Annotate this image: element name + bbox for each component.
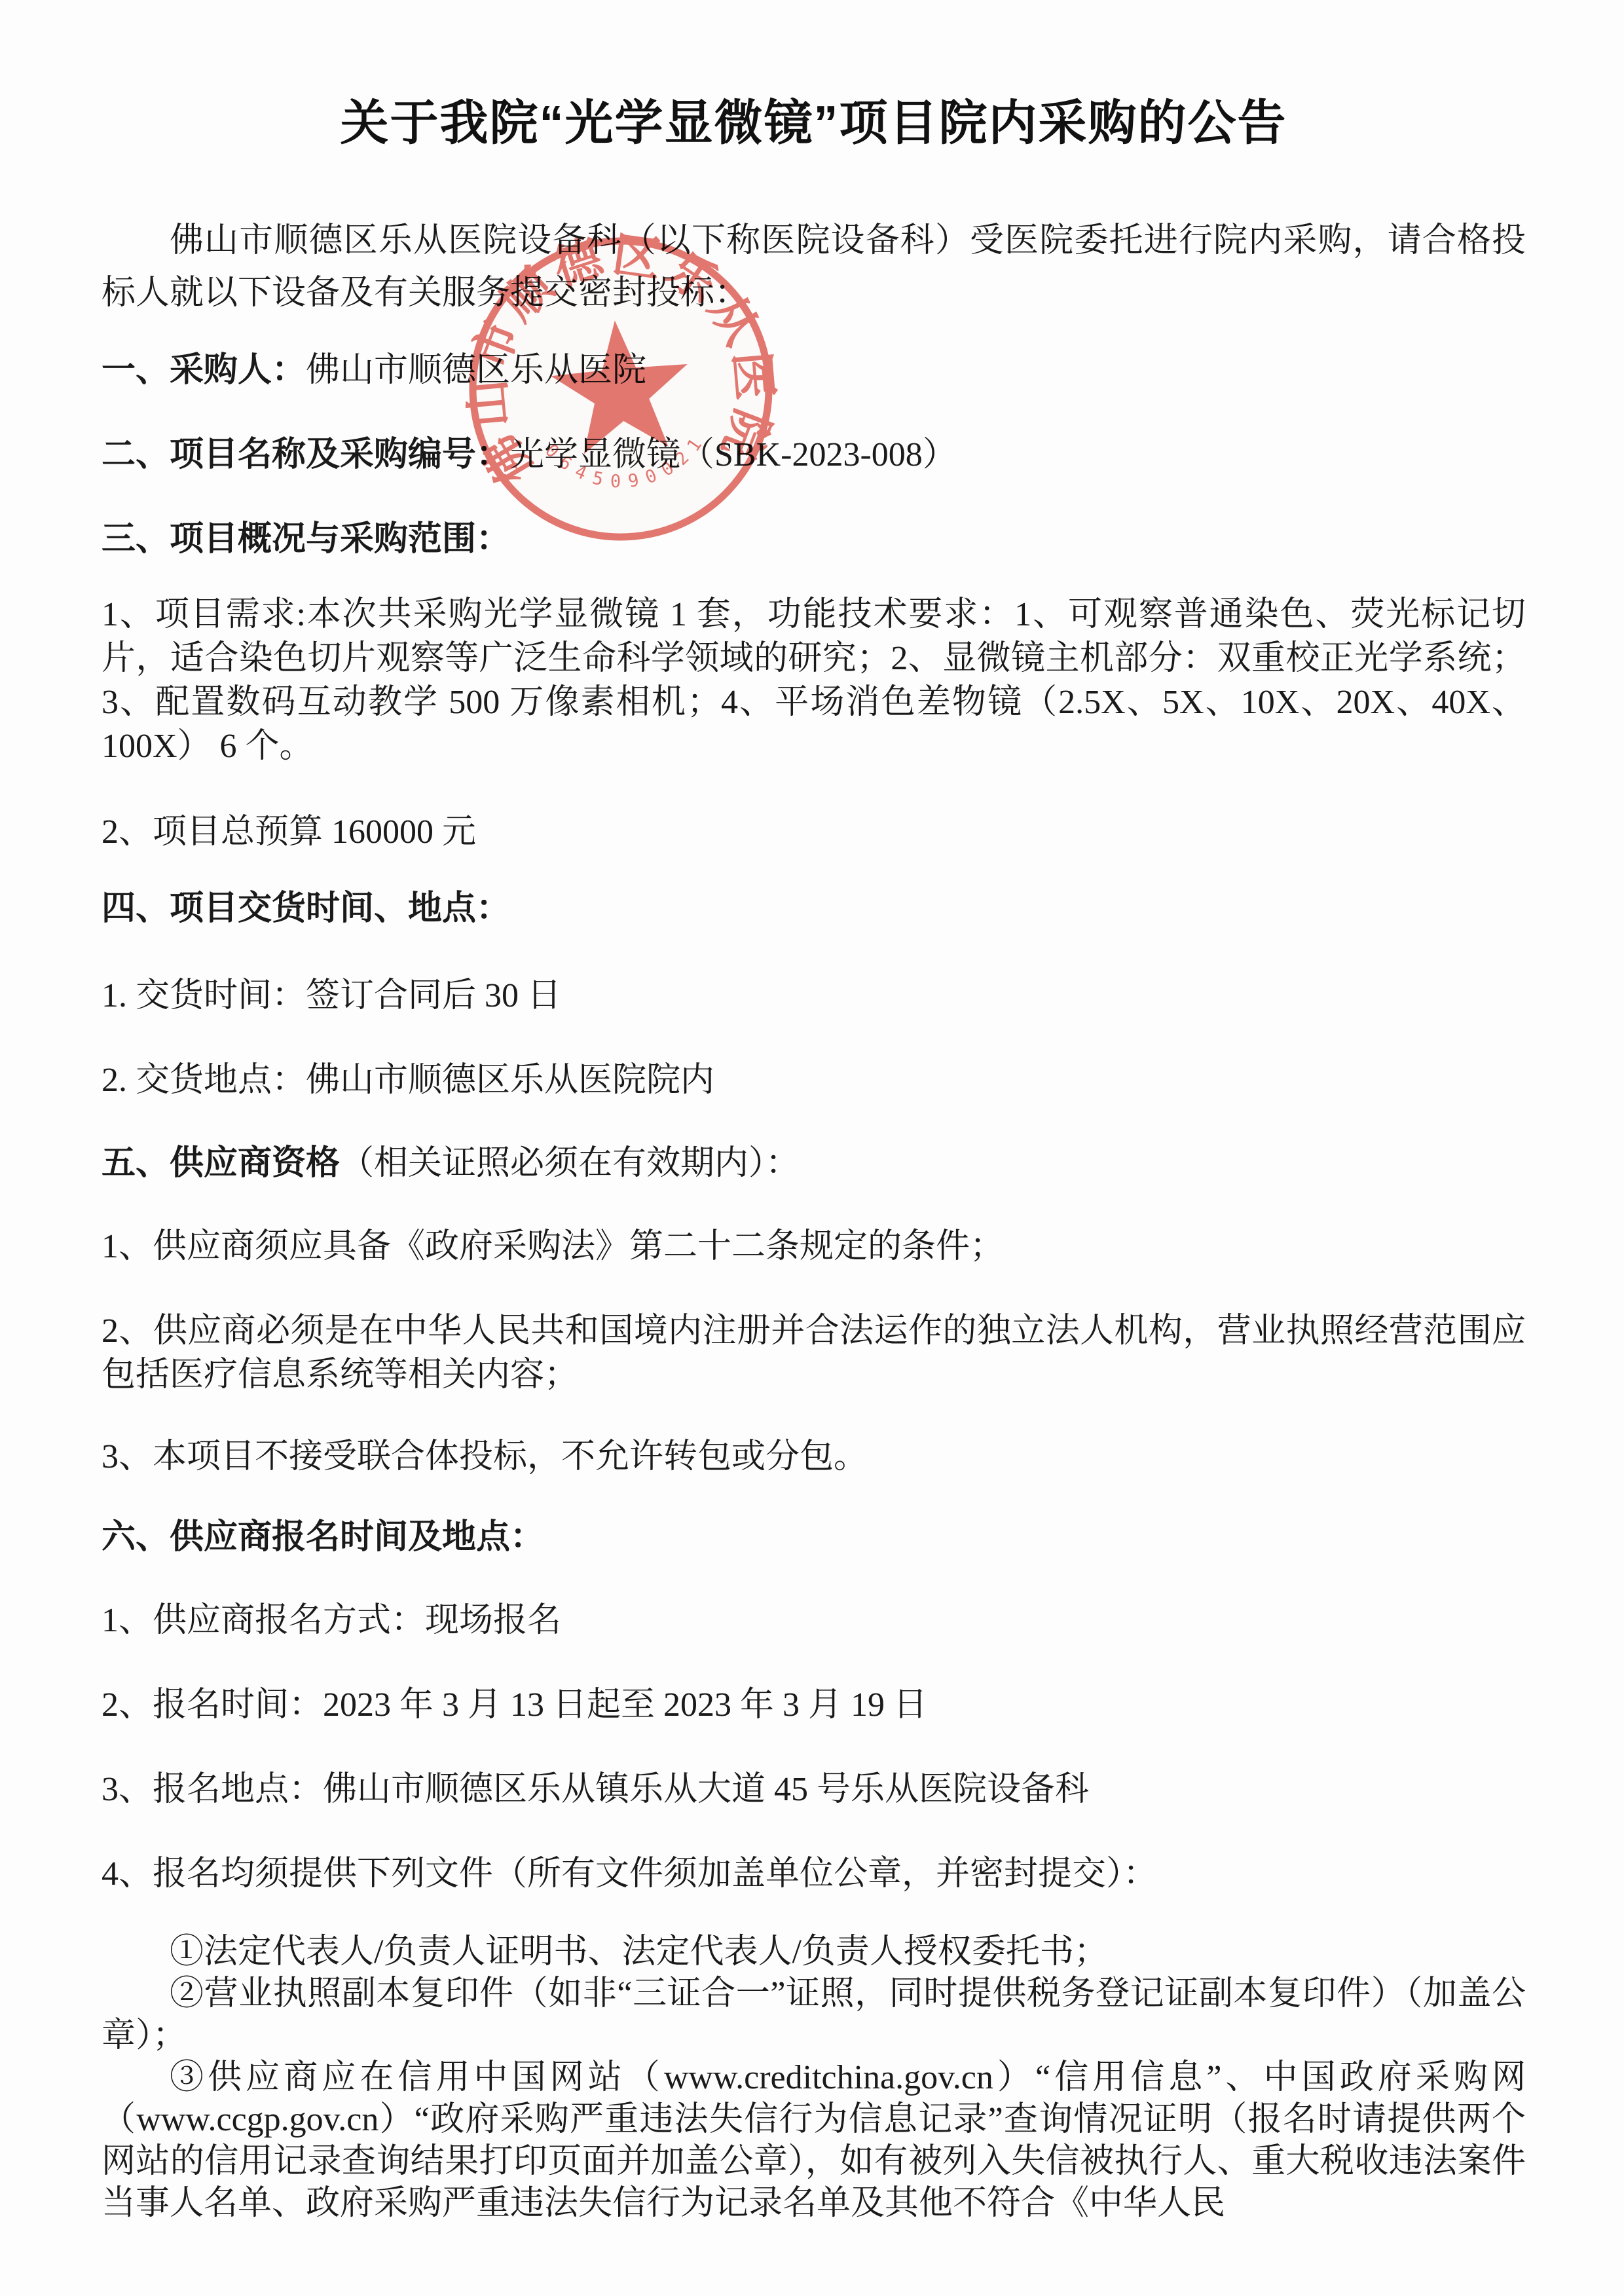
section-2-value: 光学显微镜（SBK-2023-008）	[510, 436, 957, 473]
item-registration-place: 3、报名地点：佛山市顺德区乐从镇乐从大道 45 号乐从医院设备科	[101, 1768, 1526, 1811]
item-doc-3-credit-records: ③供应商应在信用中国网站（www.creditchina.gov.cn）“信用信…	[101, 2057, 1526, 2225]
section-5-suffix: （相关证照必须在有效期内）：	[340, 1145, 800, 1182]
section-4-heading: 四、项目交货时间、地点：	[101, 887, 1526, 931]
section-1-label: 一、采购人：	[101, 352, 306, 389]
intro-paragraph: 佛山市顺德区乐从医院设备科（以下称医院设备科）受医院委托进行院内采购，请合格投标…	[101, 215, 1526, 320]
item-supplier-qualification-2: 2、供应商必须是在中华人民共和国境内注册并合法运作的独立法人机构，营业执照经营范…	[101, 1309, 1526, 1397]
section-5-heading: 五、供应商资格（相关证照必须在有效期内）：	[101, 1141, 1526, 1185]
section-2-label: 二、项目名称及采购编号：	[101, 436, 510, 473]
item-registration-time: 2、报名时间：2023 年 3 月 13 日起至 2023 年 3 月 19 日	[101, 1683, 1526, 1727]
item-supplier-qualification-3: 3、本项目不接受联合体投标，不允许转包或分包。	[101, 1435, 1526, 1479]
item-project-budget: 2、项目总预算 160000 元	[101, 810, 1526, 854]
section-1-buyer: 一、采购人：佛山市顺德区乐从医院	[101, 348, 1526, 392]
document-content: 关于我院“光学显微镜”项目院内采购的公告 佛山市顺德区乐从医院设备科（以下称医院…	[0, 0, 1624, 2225]
section-6-heading: 六、供应商报名时间及地点：	[101, 1515, 1526, 1559]
section-5-label: 五、供应商资格	[101, 1145, 340, 1182]
item-supplier-qualification-1: 1、供应商须应具备《政府采购法》第二十二条规定的条件；	[101, 1225, 1526, 1268]
item-registration-method: 1、供应商报名方式：现场报名	[101, 1599, 1526, 1642]
page-title: 关于我院“光学显微镜”项目院内采购的公告	[101, 92, 1526, 155]
item-project-requirements: 1、项目需求:本次共采购光学显微镜 1 套，功能技术要求：1、可观察普通染色、荧…	[101, 593, 1526, 768]
item-doc-1-legal-representative: ①法定代表人/负责人证明书、法定代表人/负责人授权委托书；	[101, 1931, 1526, 1973]
item-registration-documents: 4、报名均须提供下列文件（所有文件须加盖单位公章，并密封提交）：	[101, 1852, 1526, 1896]
item-delivery-place: 2. 交货地点：佛山市顺德区乐从医院院内	[101, 1058, 1526, 1102]
section-1-value: 佛山市顺德区乐从医院	[306, 352, 646, 389]
item-doc-2-business-license: ②营业执照副本复印件（如非“三证合一”证照，同时提供税务登记证副本复印件）（加盖…	[101, 1973, 1526, 2057]
section-3-heading: 三、项目概况与采购范围：	[101, 517, 1526, 561]
item-delivery-time: 1. 交货时间：签订合同后 30 日	[101, 974, 1526, 1018]
section-2-project-name: 二、项目名称及采购编号：光学显微镜（SBK-2023-008）	[101, 433, 1526, 477]
document-page: 关于我院“光学显微镜”项目院内采购的公告 佛山市顺德区乐从医院设备科（以下称医院…	[0, 0, 1624, 2296]
